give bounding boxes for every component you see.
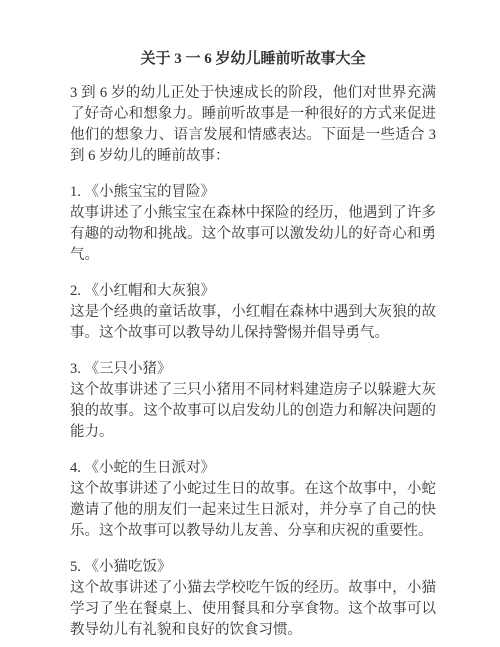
story-item-2: 2. 《小红帽和大灰狼》 这是个经典的童话故事，小红帽在森林中遇到大灰狼的故事。…: [70, 281, 436, 344]
story-item-description: 这个故事讲述了小蛇过生日的故事。在这个故事中，小蛇邀请了他的朋友们一起来过生日派…: [70, 479, 436, 542]
story-item-description: 这个故事讲述了三只小猪用不同材料建造房子以躲避大灰狼的故事。这个故事可以启发幼儿…: [70, 380, 436, 443]
story-item-heading: 3. 《三只小猪》: [70, 359, 436, 380]
story-item-4: 4. 《小蛇的生日派对》 这个故事讲述了小蛇过生日的故事。在这个故事中，小蛇邀请…: [70, 458, 436, 542]
story-item-description: 故事讲述了小熊宝宝在森林中探险的经历，他遇到了许多有趣的动物和挑战。这个故事可以…: [70, 203, 436, 266]
story-item-description: 这个故事讲述了小猫去学校吃午饭的经历。故事中，小猫学习了坐在餐桌上、使用餐具和分…: [70, 578, 436, 641]
story-item-5: 5. 《小猫吃饭》 这个故事讲述了小猫去学校吃午饭的经历。故事中，小猫学习了坐在…: [70, 557, 436, 641]
page-title: 关于 3 一 6 岁幼儿睡前听故事大全: [70, 48, 436, 70]
story-item-heading: 5. 《小猫吃饭》: [70, 557, 436, 578]
story-item-heading: 2. 《小红帽和大灰狼》: [70, 281, 436, 302]
intro-paragraph: 3 到 6 岁的幼儿正处于快速成长的阶段，他们对世界充满了好奇心和想象力。睡前听…: [70, 83, 436, 167]
story-item-heading: 1. 《小熊宝宝的冒险》: [70, 182, 436, 203]
story-item-heading: 4. 《小蛇的生日派对》: [70, 458, 436, 479]
story-item-1: 1. 《小熊宝宝的冒险》 故事讲述了小熊宝宝在森林中探险的经历，他遇到了许多有趣…: [70, 182, 436, 266]
document-page: 关于 3 一 6 岁幼儿睡前听故事大全 3 到 6 岁的幼儿正处于快速成长的阶段…: [0, 0, 500, 647]
story-item-3: 3. 《三只小猪》 这个故事讲述了三只小猪用不同材料建造房子以躲避大灰狼的故事。…: [70, 359, 436, 443]
story-item-description: 这是个经典的童话故事，小红帽在森林中遇到大灰狼的故事。这个故事可以教导幼儿保持警…: [70, 302, 436, 344]
